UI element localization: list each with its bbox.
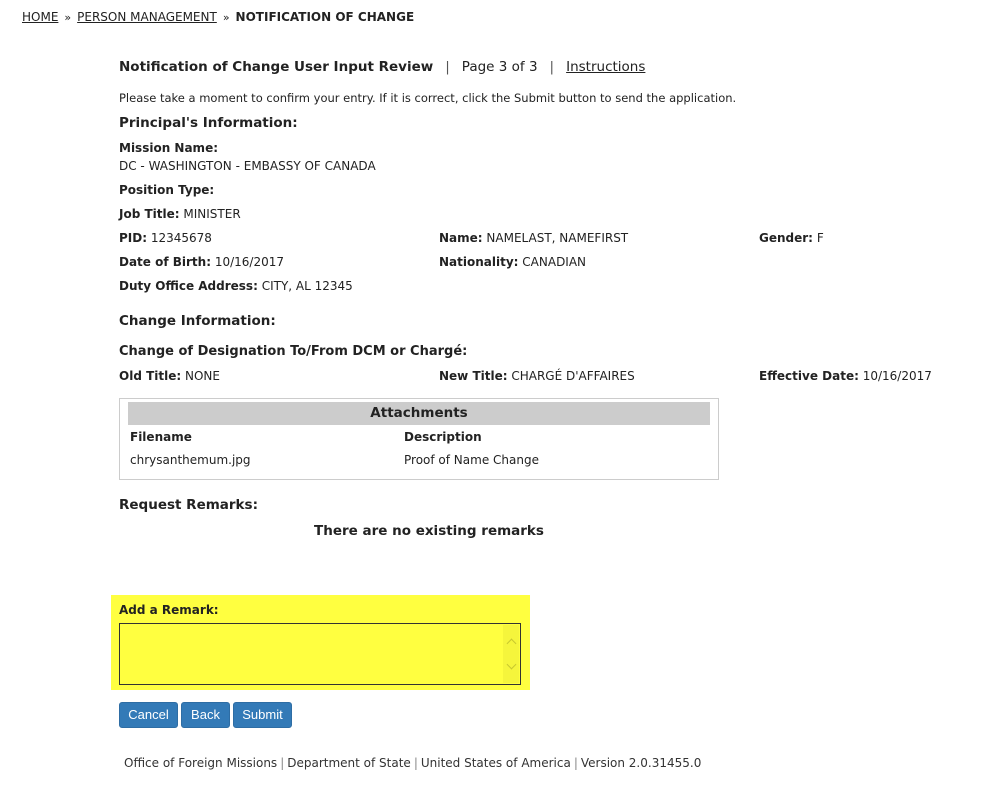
position-type-field: Position Type: bbox=[119, 183, 214, 197]
scroll-up-icon[interactable] bbox=[506, 637, 516, 647]
duty-address-label: Duty Office Address: bbox=[119, 279, 258, 293]
pid-label: PID: bbox=[119, 231, 147, 245]
gender-value: F bbox=[817, 231, 824, 245]
old-title-field: Old Title: NONE bbox=[119, 369, 220, 383]
attachments-table: Attachments Filename Description chrysan… bbox=[119, 398, 719, 480]
dob-field: Date of Birth: 10/16/2017 bbox=[119, 255, 284, 269]
duty-address-field: Duty Office Address: CITY, AL 12345 bbox=[119, 279, 353, 293]
nationality-field: Nationality: CANADIAN bbox=[439, 255, 586, 269]
job-title-field: Job Title: MINISTER bbox=[119, 207, 241, 221]
attachment-filename: chrysanthemum.jpg bbox=[130, 453, 251, 467]
dob-label: Date of Birth: bbox=[119, 255, 211, 269]
breadcrumb-person-management-link[interactable]: PERSON MANAGEMENT bbox=[77, 10, 217, 24]
add-remark-label: Add a Remark: bbox=[119, 603, 219, 617]
footer-separator: | bbox=[574, 756, 578, 770]
footer-version: Version 2.0.31455.0 bbox=[581, 756, 701, 770]
footer: Office of Foreign Missions|Department of… bbox=[124, 756, 701, 770]
job-title-label: Job Title: bbox=[119, 207, 180, 221]
name-value: NAMELAST, NAMEFIRST bbox=[486, 231, 628, 245]
textarea-scrollbar[interactable] bbox=[503, 625, 519, 683]
dob-value: 10/16/2017 bbox=[215, 255, 284, 269]
add-remark-panel: Add a Remark: bbox=[111, 595, 530, 690]
back-button[interactable]: Back bbox=[181, 702, 230, 728]
principal-heading: Principal's Information: bbox=[119, 115, 298, 131]
pid-field: PID: 12345678 bbox=[119, 231, 212, 245]
footer-separator: | bbox=[414, 756, 418, 770]
effective-date-field: Effective Date: 10/16/2017 bbox=[759, 369, 932, 383]
nationality-value: CANADIAN bbox=[522, 255, 586, 269]
attachments-title: Attachments bbox=[128, 402, 710, 425]
effective-date-value: 10/16/2017 bbox=[863, 369, 932, 383]
intro-text: Please take a moment to confirm your ent… bbox=[119, 91, 736, 105]
column-header-description: Description bbox=[404, 430, 482, 444]
breadcrumb: HOME»PERSON MANAGEMENT»NOTIFICATION OF C… bbox=[22, 10, 414, 24]
breadcrumb-separator: » bbox=[223, 11, 230, 24]
cancel-button[interactable]: Cancel bbox=[119, 702, 178, 728]
name-field: Name: NAMELAST, NAMEFIRST bbox=[439, 231, 628, 245]
footer-office: Office of Foreign Missions bbox=[124, 756, 277, 770]
duty-address-value: CITY, AL 12345 bbox=[262, 279, 353, 293]
new-title-value: CHARGÉ D'AFFAIRES bbox=[511, 369, 634, 383]
breadcrumb-separator: » bbox=[64, 11, 71, 24]
submit-button[interactable]: Submit bbox=[233, 702, 292, 728]
mission-name-label: Mission Name: bbox=[119, 141, 218, 155]
new-title-field: New Title: CHARGÉ D'AFFAIRES bbox=[439, 369, 635, 383]
no-remarks-message: There are no existing remarks bbox=[314, 523, 544, 539]
column-header-filename: Filename bbox=[130, 430, 192, 444]
pid-value: 12345678 bbox=[151, 231, 212, 245]
page-title: Notification of Change User Input Review bbox=[119, 59, 433, 75]
new-title-label: New Title: bbox=[439, 369, 508, 383]
old-title-label: Old Title: bbox=[119, 369, 181, 383]
instructions-link[interactable]: Instructions bbox=[566, 59, 645, 75]
scroll-down-icon[interactable] bbox=[506, 661, 516, 671]
change-heading: Change Information: bbox=[119, 313, 276, 329]
change-subheading: Change of Designation To/From DCM or Cha… bbox=[119, 344, 467, 359]
mission-name-label-text: Mission Name: bbox=[119, 141, 218, 155]
old-title-value: NONE bbox=[185, 369, 220, 383]
mission-name-value: DC - WASHINGTON - EMBASSY OF CANADA bbox=[119, 159, 376, 173]
effective-date-label: Effective Date: bbox=[759, 369, 859, 383]
page-header: Notification of Change User Input Review… bbox=[119, 59, 645, 75]
request-remarks-heading: Request Remarks: bbox=[119, 497, 258, 513]
attachment-description: Proof of Name Change bbox=[404, 453, 539, 467]
breadcrumb-current: NOTIFICATION OF CHANGE bbox=[236, 10, 415, 24]
header-divider: | bbox=[550, 59, 555, 75]
breadcrumb-home-link[interactable]: HOME bbox=[22, 10, 58, 24]
nationality-label: Nationality: bbox=[439, 255, 518, 269]
position-type-label: Position Type: bbox=[119, 183, 214, 197]
footer-country: United States of America bbox=[421, 756, 571, 770]
job-title-value: MINISTER bbox=[183, 207, 240, 221]
name-label: Name: bbox=[439, 231, 483, 245]
gender-field: Gender: F bbox=[759, 231, 824, 245]
gender-label: Gender: bbox=[759, 231, 813, 245]
page-indicator: Page 3 of 3 bbox=[462, 59, 538, 75]
header-divider: | bbox=[445, 59, 450, 75]
remark-textarea[interactable] bbox=[119, 623, 521, 685]
footer-separator: | bbox=[280, 756, 284, 770]
footer-department: Department of State bbox=[287, 756, 411, 770]
